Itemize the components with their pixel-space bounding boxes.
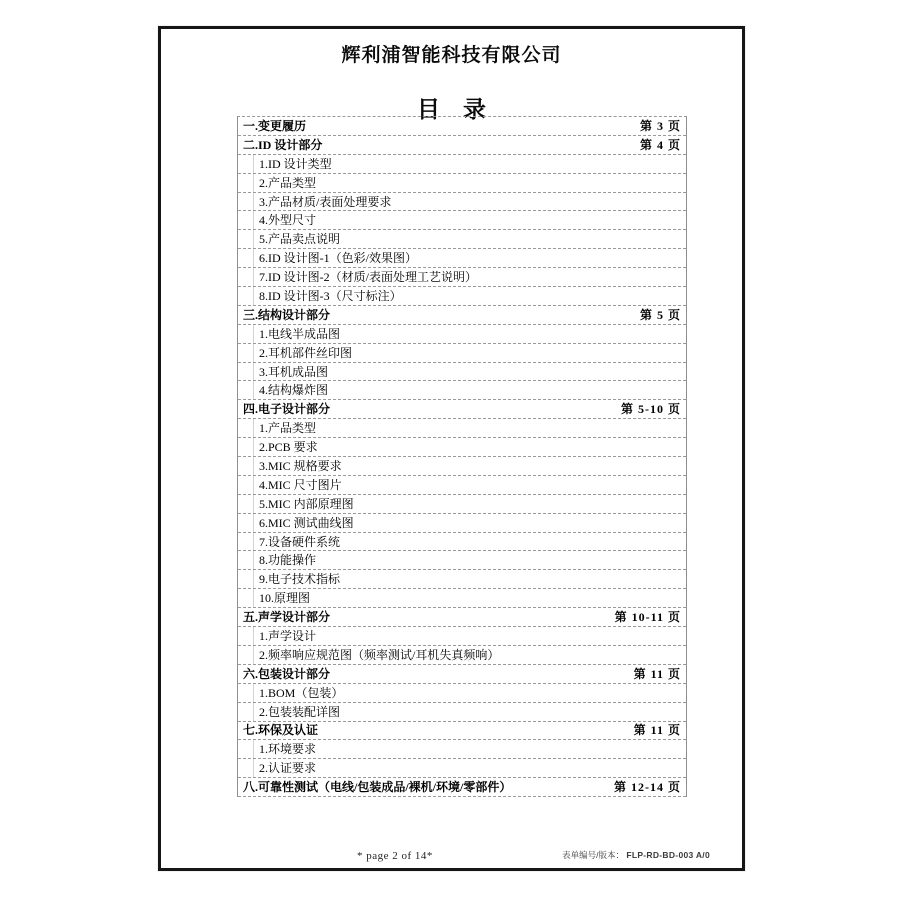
toc-row: 8.ID 设计图-3（尺寸标注）: [238, 287, 686, 306]
toc-entry-label: 10.原理图: [259, 592, 310, 604]
toc-entry-label: 1.电线半成品图: [259, 328, 340, 340]
toc-entry-label: 一.变更履历: [243, 120, 306, 132]
toc-row: 1.环境要求: [238, 740, 686, 759]
toc-entry-page: 第 5-10 页: [621, 403, 681, 415]
toc-row: 4.结构爆炸图: [238, 381, 686, 400]
toc-entry-label: 8.ID 设计图-3（尺寸标注）: [259, 290, 402, 302]
toc-entry-label: 二.ID 设计部分: [243, 139, 322, 151]
toc-entry-label: 三.结构设计部分: [243, 309, 330, 321]
toc-row: 1.ID 设计类型: [238, 155, 686, 174]
toc-row: 6.MIC 测试曲线图: [238, 514, 686, 533]
toc-entry-label: 7.设备硬件系统: [259, 536, 340, 548]
toc-entry-label: 2.包装装配详图: [259, 706, 340, 718]
toc-row: 五.声学设计部分 第 10-11 页: [238, 608, 686, 627]
toc-row: 2.产品类型: [238, 174, 686, 193]
page-number-info: * page 2 of 14*: [357, 850, 433, 862]
toc-entry-label: 1.BOM（包装）: [259, 687, 343, 699]
toc-entry-label: 5.MIC 内部原理图: [259, 498, 354, 510]
toc-row: 八.可靠性测试（电线/包装成品/裸机/环境/零部件） 第 12-14 页: [238, 778, 686, 797]
toc-entry-label: 八.可靠性测试（电线/包装成品/裸机/环境/零部件）: [243, 781, 511, 793]
toc-entry-label: 7.ID 设计图-2（材质/表面处理工艺说明）: [259, 271, 477, 283]
toc-row: 1.BOM（包装）: [238, 684, 686, 703]
toc-entry-page: 第 11 页: [634, 724, 681, 736]
company-title: 辉利浦智能科技有限公司: [161, 40, 742, 67]
page-frame: 辉利浦智能科技有限公司 目 录 一.变更履历 第 3 页 二.ID 设计部分 第…: [158, 26, 745, 871]
toc-row: 6.ID 设计图-1（色彩/效果图）: [238, 249, 686, 268]
toc-row: 2.耳机部件丝印图: [238, 344, 686, 363]
toc-row: 4.外型尺寸: [238, 211, 686, 230]
toc-row: 二.ID 设计部分 第 4 页: [238, 136, 686, 155]
toc-row: 四.电子设计部分 第 5-10 页: [238, 400, 686, 419]
form-number-info: 表单编号/版本： FLP-RD-BD-003 A/0: [562, 849, 710, 861]
toc-entry-label: 六.包装设计部分: [243, 668, 330, 680]
toc-entry-page: 第 4 页: [640, 139, 681, 151]
toc-row: 1.电线半成品图: [238, 325, 686, 344]
toc-row: 3.产品材质/表面处理要求: [238, 193, 686, 212]
toc-row: 2.认证要求: [238, 759, 686, 778]
toc-entry-label: 五.声学设计部分: [243, 611, 330, 623]
toc-table: 一.变更履历 第 3 页 二.ID 设计部分 第 4 页 1.ID 设计类型 2…: [237, 116, 687, 797]
toc-entry-page: 第 3 页: [640, 120, 681, 132]
toc-row: 7.ID 设计图-2（材质/表面处理工艺说明）: [238, 268, 686, 287]
toc-entry-label: 4.结构爆炸图: [259, 384, 328, 396]
toc-row: 3.MIC 规格要求: [238, 457, 686, 476]
toc-row: 9.电子技术指标: [238, 570, 686, 589]
toc-row: 5.产品卖点说明: [238, 230, 686, 249]
toc-row: 2.PCB 要求: [238, 438, 686, 457]
toc-entry-label: 1.产品类型: [259, 422, 316, 434]
toc-row: 7.设备硬件系统: [238, 533, 686, 552]
toc-entry-page: 第 11 页: [634, 668, 681, 680]
toc-row: 六.包装设计部分 第 11 页: [238, 665, 686, 684]
toc-row: 1.产品类型: [238, 419, 686, 438]
toc-entry-page: 第 12-14 页: [614, 781, 681, 793]
toc-entry-label: 2.PCB 要求: [259, 441, 318, 453]
toc-entry-label: 四.电子设计部分: [243, 403, 330, 415]
toc-entry-page: 第 10-11 页: [615, 611, 681, 623]
page-footer: * page 2 of 14* 表单编号/版本： FLP-RD-BD-003 A…: [161, 848, 742, 862]
toc-row: 2.频率响应规范图（频率测试/耳机失真频响）: [238, 646, 686, 665]
toc-entry-label: 4.外型尺寸: [259, 214, 316, 226]
toc-row: 一.变更履历 第 3 页: [238, 117, 686, 136]
toc-row: 10.原理图: [238, 589, 686, 608]
toc-row: 2.包装装配详图: [238, 703, 686, 722]
toc-entry-label: 9.电子技术指标: [259, 573, 340, 585]
toc-row: 1.声学设计: [238, 627, 686, 646]
toc-entry-label: 2.认证要求: [259, 762, 316, 774]
toc-entry-label: 2.产品类型: [259, 177, 316, 189]
toc-entry-label: 3.耳机成品图: [259, 366, 328, 378]
toc-entry-label: 七.环保及认证: [243, 724, 318, 736]
toc-entry-label: 5.产品卖点说明: [259, 233, 340, 245]
toc-row: 8.功能操作: [238, 551, 686, 570]
document-canvas: 辉利浦智能科技有限公司 目 录 一.变更履历 第 3 页 二.ID 设计部分 第…: [0, 0, 900, 900]
toc-row: 七.环保及认证 第 11 页: [238, 722, 686, 741]
toc-entry-label: 2.频率响应规范图（频率测试/耳机失真频响）: [259, 649, 499, 661]
toc-row: 三.结构设计部分 第 5 页: [238, 306, 686, 325]
form-number-label: 表单编号/版本：: [562, 850, 624, 860]
form-number-value: FLP-RD-BD-003 A/0: [626, 850, 710, 860]
toc-row: 5.MIC 内部原理图: [238, 495, 686, 514]
toc-entry-label: 2.耳机部件丝印图: [259, 347, 352, 359]
toc-row: 3.耳机成品图: [238, 363, 686, 382]
toc-entry-page: 第 5 页: [640, 309, 681, 321]
toc-entry-label: 4.MIC 尺寸图片: [259, 479, 342, 491]
toc-entry-label: 1.ID 设计类型: [259, 158, 332, 170]
toc-entry-label: 1.声学设计: [259, 630, 316, 642]
toc-entry-label: 1.环境要求: [259, 743, 316, 755]
toc-entry-label: 3.MIC 规格要求: [259, 460, 342, 472]
toc-entry-label: 6.ID 设计图-1（色彩/效果图）: [259, 252, 417, 264]
toc-entry-label: 8.功能操作: [259, 554, 316, 566]
toc-entry-label: 3.产品材质/表面处理要求: [259, 196, 391, 208]
toc-entry-label: 6.MIC 测试曲线图: [259, 517, 354, 529]
toc-row: 4.MIC 尺寸图片: [238, 476, 686, 495]
